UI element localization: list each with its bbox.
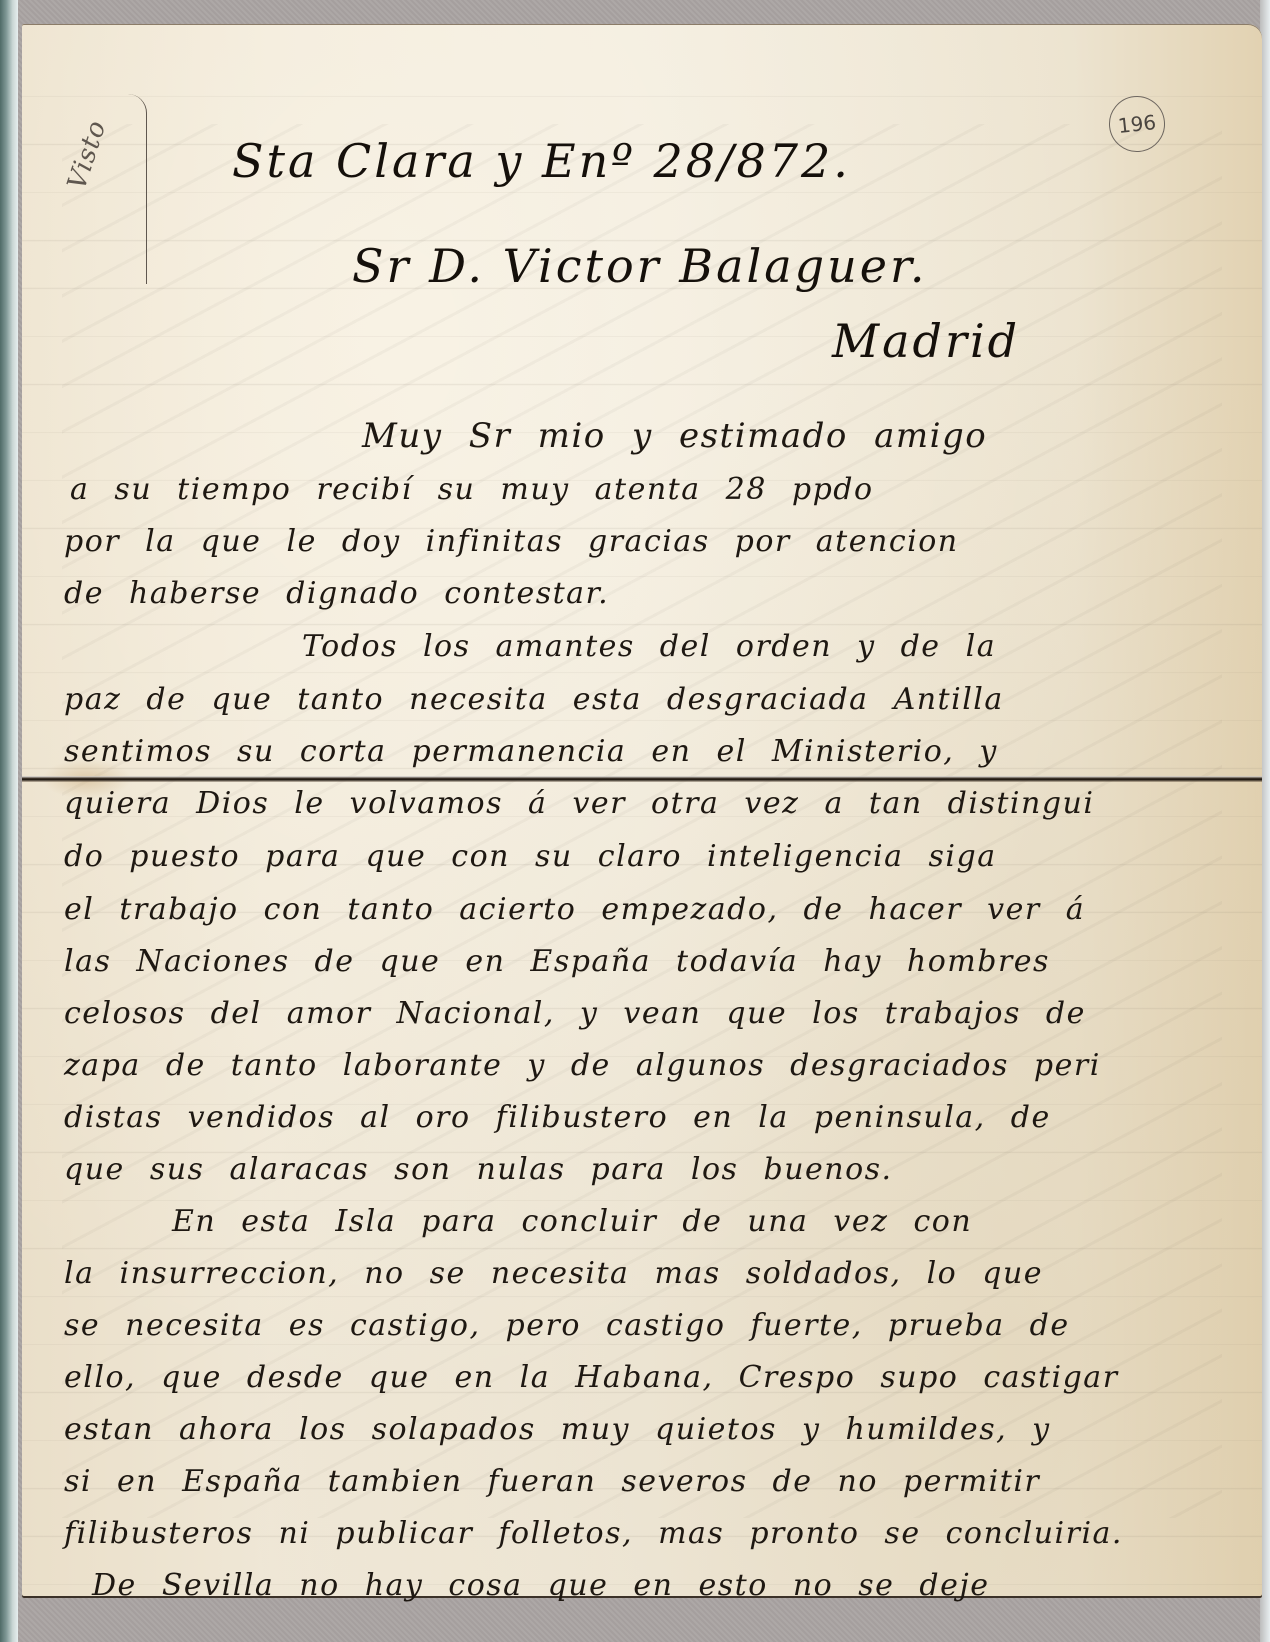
paper-fold xyxy=(22,776,1262,782)
letter-line: que sus alaracas son nulas para los buen… xyxy=(64,1152,893,1187)
letter-line: ello, que desde que en la Habana, Crespo… xyxy=(64,1360,1119,1395)
letter-line: sentimos su corta permanencia en el Mini… xyxy=(64,734,998,769)
letter-line: a su tiempo recibí su muy atenta 28 ppdo xyxy=(70,472,874,507)
recipient-city: Madrid xyxy=(832,314,1020,368)
letter-line: De Sevilla no hay cosa que en esto no se… xyxy=(92,1568,989,1603)
letter-line: de haberse dignado contestar. xyxy=(64,576,609,611)
letter-line: las Naciones de que en España todavía ha… xyxy=(64,944,1050,979)
letter-line: paz de que tanto necesita esta desgracia… xyxy=(64,682,1004,717)
letter-sheet: 196 Visto Sta Clara y Enº 28/872. Sr D. … xyxy=(22,24,1262,1598)
letter-line: quiera Dios le volvamos á ver otra vez a… xyxy=(64,786,1094,821)
letter-line: En esta Isla para concluir de una vez co… xyxy=(172,1204,972,1239)
letter-line: si en España tambien fueran severos de n… xyxy=(64,1464,1040,1499)
recipient: Sr D. Victor Balaguer. xyxy=(352,239,928,293)
salutation: Muy Sr mio y estimado amigo xyxy=(362,416,987,456)
letter-line: la insurreccion, no se necesita mas sold… xyxy=(64,1256,1043,1291)
letter-line: por la que le doy infinitas gracias por … xyxy=(64,524,959,559)
letter-line: Todos los amantes del orden y de la xyxy=(302,629,996,664)
letter-line: el trabajo con tanto acierto empezado, d… xyxy=(64,892,1085,927)
letter-line: se necesita es castigo, pero castigo fue… xyxy=(64,1308,1070,1343)
margin-flourish-icon xyxy=(128,94,147,284)
letter-line: estan ahora los solapados muy quietos y … xyxy=(64,1412,1051,1447)
letter-line: do puesto para que con su claro intelige… xyxy=(64,839,997,874)
letter-line: filibusteros ni publicar folletos, mas p… xyxy=(64,1516,1123,1551)
letter-line: zapa de tanto laborante y de algunos des… xyxy=(64,1048,1101,1083)
folio-number: 196 xyxy=(1106,93,1168,155)
letter-line: distas vendidos al oro filibustero en la… xyxy=(64,1100,1051,1135)
letter-line: celosos del amor Nacional, y vean que lo… xyxy=(64,996,1086,1031)
margin-annotation: Visto xyxy=(62,116,113,193)
place-date: Sta Clara y Enº 28/872. xyxy=(232,134,851,188)
scanner-edge-left xyxy=(0,0,18,1642)
